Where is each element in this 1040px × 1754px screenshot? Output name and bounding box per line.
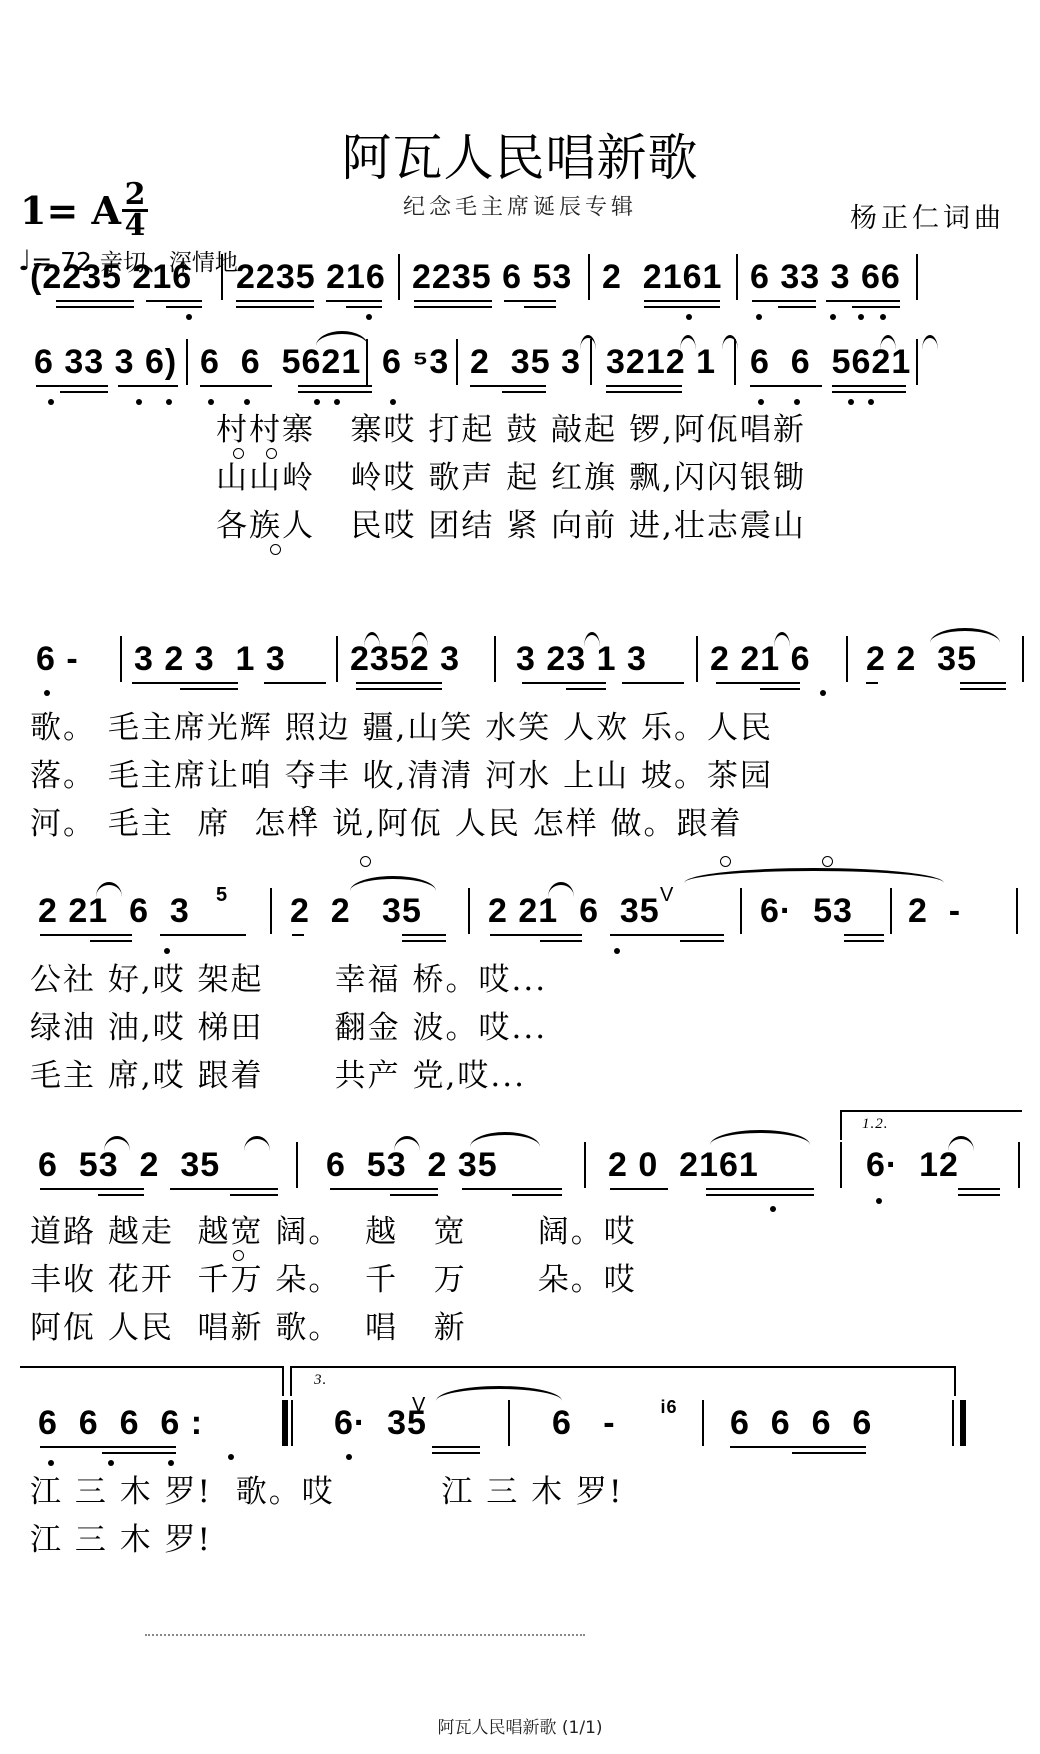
underline — [356, 682, 442, 684]
low-octave-dot — [366, 314, 372, 320]
underline — [622, 682, 684, 684]
grace-notes: i6 — [656, 1398, 682, 1416]
barline — [952, 1400, 954, 1446]
underline — [852, 306, 900, 308]
underline — [706, 1188, 814, 1190]
underline — [504, 300, 556, 302]
measure: 6 ⁵3 — [382, 343, 449, 382]
underline — [326, 300, 382, 302]
measure: 2 21 6 35 — [488, 892, 660, 931]
underline — [98, 1194, 144, 1196]
underline — [236, 306, 314, 308]
grace-note: 5 — [214, 886, 230, 904]
low-octave-dot — [44, 690, 50, 696]
underline — [760, 688, 800, 690]
underline — [524, 306, 556, 308]
underline — [610, 934, 724, 936]
underline — [958, 1188, 1000, 1190]
underline — [706, 1194, 814, 1196]
time-signature: 2 4 — [122, 182, 148, 239]
barline — [120, 636, 122, 682]
underline — [606, 385, 682, 387]
underline — [298, 385, 372, 387]
underline — [60, 391, 108, 393]
underline — [490, 934, 582, 936]
barline — [916, 339, 918, 385]
measure: 2 35 3 — [470, 343, 581, 382]
underline — [462, 1188, 562, 1190]
underline — [958, 1194, 1000, 1196]
underline — [118, 385, 178, 387]
circle-mark — [270, 544, 281, 555]
low-octave-dot — [166, 399, 172, 405]
measure: 6 6 6 6 : — [38, 1404, 203, 1443]
circle-mark — [360, 856, 371, 867]
underline — [200, 385, 272, 387]
underline — [298, 391, 372, 393]
staff-2: 6 33 3 6) 6 6 5621 6 ⁵3 2 35 3 3212 1 6 … — [0, 343, 1040, 403]
barline — [916, 254, 918, 300]
measure: 3 2 3 1 3 — [134, 640, 286, 679]
measure: 6 53 2 35 — [326, 1146, 498, 1185]
low-octave-dot — [48, 399, 54, 405]
lyrics-verse-2-line-4: 丰收 花开 千万 朵。 千 万 朵。哎 — [30, 1254, 1040, 1299]
barline — [740, 888, 742, 934]
low-octave-dot — [228, 1454, 234, 1460]
measure: 2 21 6 — [710, 640, 811, 679]
barline — [696, 636, 698, 682]
underline — [402, 940, 446, 942]
underline — [644, 306, 720, 308]
slur — [394, 1136, 420, 1151]
slur — [316, 331, 368, 346]
underline — [292, 934, 304, 936]
slur — [580, 335, 596, 350]
underline — [522, 682, 606, 684]
barline — [584, 1142, 586, 1188]
underline — [750, 385, 822, 387]
barline — [221, 254, 223, 300]
page-footer: 阿瓦人民唱新歌 (1/1) — [0, 1713, 1040, 1738]
measure: 6 - — [552, 1404, 616, 1443]
slur — [470, 1132, 540, 1147]
low-octave-dot — [136, 399, 142, 405]
staff-3: 6 - 3 2 3 1 3 2352 3 3 23 1 3 2 21 6 2 2… — [0, 640, 1040, 700]
volta-bracket-3: 3. — [290, 1366, 956, 1396]
lyrics-verse-1-line-4: 道路 越走 越宽 阔。 越 宽 阔。哎 — [30, 1206, 1040, 1251]
underline — [606, 391, 682, 393]
underline — [566, 688, 606, 690]
measure: 6 - — [36, 640, 79, 679]
barline — [1016, 888, 1018, 934]
breath-mark: V — [660, 884, 674, 907]
underline — [264, 682, 326, 684]
barline — [494, 636, 496, 682]
underline — [390, 1194, 438, 1196]
measure: 6 33 3 6) — [34, 343, 177, 382]
underline — [832, 385, 906, 387]
barline — [398, 254, 400, 300]
measure: 3 23 1 3 — [516, 640, 647, 679]
lyrics-ending-line-2: 江 三 木 罗! — [30, 1514, 1040, 1559]
time-signature-denominator: 4 — [122, 213, 148, 239]
barline — [468, 888, 470, 934]
underline — [680, 940, 724, 942]
measure: 6 6 5621 — [200, 343, 361, 382]
key-signature: 1= A — [20, 188, 121, 233]
underline — [716, 682, 800, 684]
barline — [1018, 1142, 1020, 1188]
measure: 6 6 6 6 — [730, 1404, 872, 1443]
composer-credit: 杨正仁词曲 — [850, 196, 1005, 235]
low-octave-dot — [686, 314, 692, 320]
circle-mark — [233, 1250, 244, 1261]
underline — [36, 385, 108, 387]
low-octave-dot — [346, 1454, 352, 1460]
lyrics-verse-3-line-3: 毛主 席,哎 跟着 共产 党,哎... — [30, 1050, 1040, 1095]
slur — [722, 335, 738, 350]
lyrics-verse-3-line-1: 各族人 民哎 团结 紧 向前 进,壮志震山 — [216, 500, 1036, 545]
measure: 2 2 35 — [866, 640, 977, 679]
circle-mark — [233, 448, 244, 459]
slur — [774, 632, 790, 647]
underline — [102, 1452, 176, 1454]
circle-mark — [720, 856, 731, 867]
underline — [40, 1188, 144, 1190]
underline — [56, 300, 134, 302]
low-octave-dot — [876, 1198, 882, 1204]
underline — [960, 688, 1006, 690]
lyrics-verse-1-line-2: 歌。 毛主席光辉 照边 疆,山笑 水笑 人欢 乐。人民 — [30, 702, 1040, 747]
underline — [844, 940, 884, 942]
barline — [846, 636, 848, 682]
low-octave-dot — [830, 314, 836, 320]
underline — [960, 682, 1006, 684]
underline — [512, 1194, 562, 1196]
measure: 2235 6 53 — [412, 258, 572, 297]
underline — [540, 940, 582, 942]
barline — [508, 1400, 510, 1446]
slur — [350, 876, 436, 891]
underline — [402, 934, 446, 936]
staff-5: 1.2. 6 53 2 35 6 53 2 35 2 0 2161 6· 12 — [0, 1146, 1040, 1206]
underline — [432, 1446, 480, 1448]
low-octave-dot — [186, 314, 192, 320]
barline — [890, 888, 892, 934]
barline — [296, 1142, 298, 1188]
underline — [356, 688, 442, 690]
underline — [610, 1188, 668, 1190]
underline — [146, 300, 202, 302]
slur — [680, 335, 696, 350]
underline — [414, 306, 492, 308]
slur — [710, 1130, 810, 1145]
barline — [270, 888, 272, 934]
measure: 2 - — [908, 892, 961, 931]
barline — [588, 254, 590, 300]
slur — [922, 335, 938, 350]
time-signature-numerator: 2 — [122, 182, 148, 208]
barline — [186, 339, 188, 385]
underline — [132, 682, 238, 684]
underline — [832, 391, 906, 393]
underline — [826, 300, 900, 302]
barline — [1022, 636, 1024, 682]
underline — [180, 688, 238, 690]
underline — [502, 391, 546, 393]
lyrics-verse-1-line-1: 村村寨 寨哎 打起 鼓 敲起 锣,阿佤唱新 — [216, 404, 1036, 449]
low-octave-dot — [820, 690, 826, 696]
faint-watermark-line — [145, 1634, 585, 1639]
underline — [778, 306, 816, 308]
underline — [40, 934, 132, 936]
low-octave-dot — [756, 314, 762, 320]
slur — [96, 882, 122, 897]
lyrics-verse-1-line-3: 公社 好,哎 架起 幸福 桥。哎... — [30, 954, 1040, 999]
measure: 2235 216 — [236, 258, 386, 297]
underline — [56, 306, 134, 308]
lyrics-verse-2-line-3: 绿油 油,哎 梯田 翻金 波。哎... — [30, 1002, 1040, 1047]
underline — [236, 300, 314, 302]
staff-6: 3. 6 6 6 6 : 6· 35 6 - i6 6 6 6 6 V — [0, 1404, 1040, 1464]
measure: 6· 53 — [760, 892, 853, 931]
underline — [414, 300, 492, 302]
underline — [730, 1446, 866, 1448]
underline — [470, 385, 546, 387]
slur — [880, 335, 896, 350]
underline — [644, 300, 720, 302]
measure: 6 53 2 35 — [38, 1146, 220, 1185]
lyrics-verse-2-line-1: 山山岭 岭哎 歌声 起 红旗 飘,闪闪银锄 — [216, 452, 1036, 497]
slur — [104, 1136, 130, 1151]
underline — [166, 306, 202, 308]
underline — [346, 306, 382, 308]
underline — [230, 1194, 278, 1196]
underline — [160, 934, 246, 936]
barline — [702, 1400, 704, 1446]
song-title: 阿瓦人民唱新歌 — [0, 118, 1040, 190]
slur — [930, 628, 1000, 643]
final-barline — [960, 1400, 966, 1446]
lyrics-ending-line-1: 江 三 木 罗! 歌。哎 江 三 木 罗! — [30, 1466, 1040, 1511]
measure: 2 21 6 3 — [38, 892, 190, 931]
underline — [844, 934, 884, 936]
low-octave-dot — [858, 314, 864, 320]
underline — [330, 1188, 438, 1190]
measure: 2 2 35 — [290, 892, 422, 931]
circle-mark — [302, 806, 313, 817]
repeat-end-barline-thin — [291, 1400, 293, 1446]
volta-label: 3. — [314, 1372, 327, 1389]
slur — [548, 882, 574, 897]
barline — [840, 1142, 842, 1188]
measure: 6 33 3 66 — [750, 258, 901, 297]
repeat-end-barline — [282, 1400, 288, 1446]
lyrics-verse-2-line-2: 落。 毛主席让咱 夺丰 收,清清 河水 上山 坡。茶园 — [30, 750, 1040, 795]
lyrics-verse-3-line-4: 阿佤 人民 唱新 歌。 唱 新 — [30, 1302, 1040, 1347]
underline — [432, 1452, 480, 1454]
measure: 2 2161 — [602, 258, 722, 297]
volta-bracket-end — [20, 1366, 284, 1396]
barline — [336, 636, 338, 682]
measure: (2235 216 — [30, 258, 192, 297]
low-octave-dot — [880, 314, 886, 320]
low-octave-dot — [208, 399, 214, 405]
measure: 3212 1 — [606, 343, 716, 382]
lyrics-verse-3-line-2: 河。 毛主 席 怎样 说,阿佤 人民 怎样 做。跟着 — [30, 798, 1040, 843]
barline — [456, 339, 458, 385]
breath-mark: V — [412, 1394, 426, 1417]
barline — [736, 254, 738, 300]
slur — [244, 1136, 270, 1151]
slur — [584, 632, 600, 647]
circle-mark — [266, 448, 277, 459]
underline — [90, 940, 132, 942]
slur — [684, 868, 944, 883]
measure: 2 0 2161 — [608, 1146, 759, 1185]
staff-1: (2235 216 2235 216 2235 6 53 2 2161 6 33… — [0, 258, 1040, 318]
underline — [866, 682, 878, 684]
staff-4: 2 21 6 3 2 2 35 2 21 6 35 6· 53 2 - 5 V — [0, 892, 1040, 952]
slur — [412, 632, 428, 647]
underline — [792, 1452, 866, 1454]
underline — [40, 1446, 176, 1448]
underline — [752, 300, 816, 302]
measure: 6· 12 — [866, 1146, 959, 1185]
underline — [170, 1188, 278, 1190]
slur — [364, 632, 380, 647]
volta-label: 1.2. — [862, 1116, 889, 1133]
volta-bracket-1-2: 1.2. — [840, 1110, 1022, 1140]
circle-mark — [822, 856, 833, 867]
